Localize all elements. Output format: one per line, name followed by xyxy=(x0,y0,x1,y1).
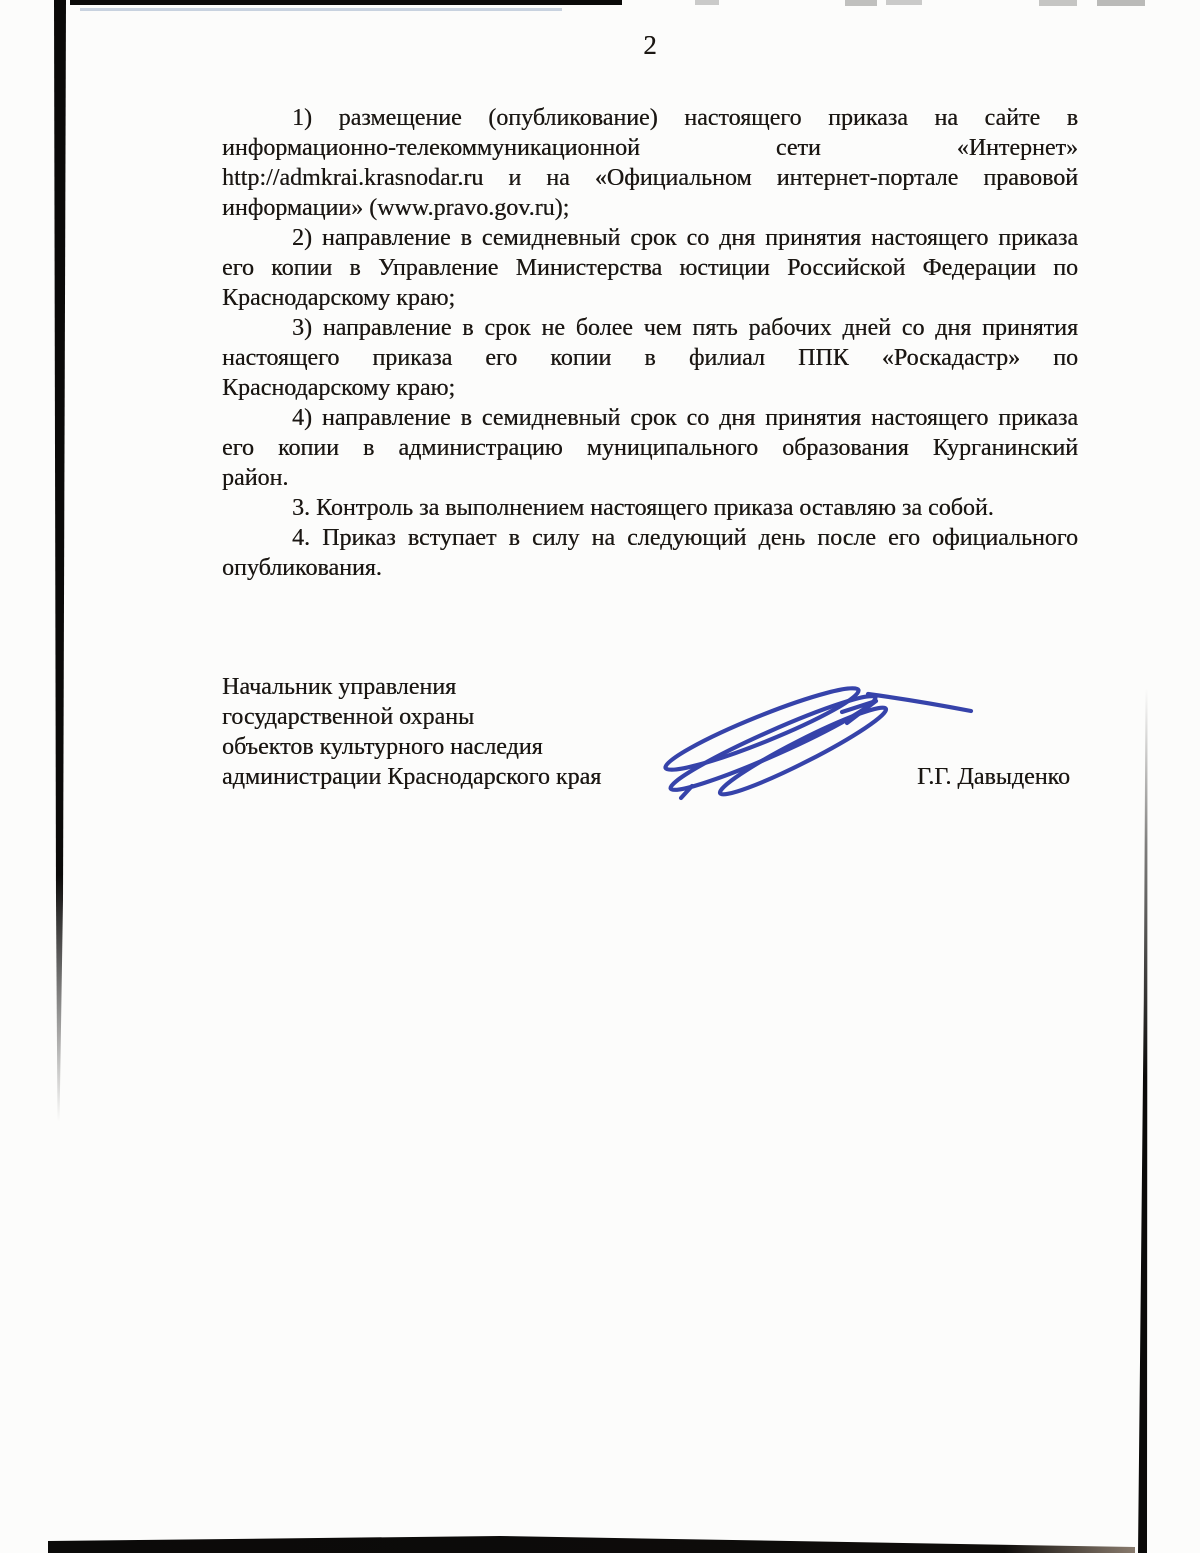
paragraph-2-line-3: Краснодарскому краю; xyxy=(222,283,1078,313)
scan-smudges-top xyxy=(695,0,1145,6)
page-number: 2 xyxy=(222,30,1078,61)
paragraph-3-line-3: Краснодарскому краю; xyxy=(222,373,1078,403)
paragraph-4-line-1: 4) направление в семидневный срок со дня… xyxy=(222,403,1078,433)
scan-artifact-left-edge xyxy=(54,0,66,1122)
paragraph-4-line-2: его копии в администрацию муниципального… xyxy=(222,433,1078,463)
paragraph-1-line-1: 1) размещение (опубликование) настоящего… xyxy=(222,103,1078,133)
paragraph-1-line-4: информации» (www.pravo.gov.ru); xyxy=(222,193,1078,223)
scan-artifact-right-edge xyxy=(1138,688,1148,1553)
paragraph-1-line-3: http://admkrai.krasnodar.ru и на «Официа… xyxy=(222,163,1078,193)
paragraph-2-line-1: 2) направление в семидневный срок со дня… xyxy=(222,223,1078,253)
paragraph-2-line-2: его копии в Управление Министерства юсти… xyxy=(222,253,1078,283)
paragraph-6-line-2: опубликования. xyxy=(222,553,1078,583)
paragraph-6-line-1: 4. Приказ вступает в силу на следующий д… xyxy=(222,523,1078,553)
paragraph-1-line-2: информационно-телекоммуникационной сети … xyxy=(222,133,1078,163)
paragraph-3-line-2: настоящего приказа его копии в филиал ПП… xyxy=(222,343,1078,373)
paragraph-4-line-3: район. xyxy=(222,463,1078,493)
text-block: 1) размещение (опубликование) настоящего… xyxy=(222,103,1078,583)
signature-scribble xyxy=(620,665,1000,825)
signatory-name: Г.Г. Давыденко xyxy=(917,762,1070,792)
paragraph-5-line-1: 3. Контроль за выполнением настоящего пр… xyxy=(222,493,1078,523)
paragraph-3-line-1: 3) направление в срок не более чем пять … xyxy=(222,313,1078,343)
scan-artifact-bottom-bar xyxy=(48,1536,1135,1553)
scan-artifact-top-bar xyxy=(70,0,622,5)
scan-artifact-top-fringe xyxy=(80,8,562,11)
scanned-document-page: { "page": { "number": "2" }, "paragraphs… xyxy=(0,0,1200,1553)
